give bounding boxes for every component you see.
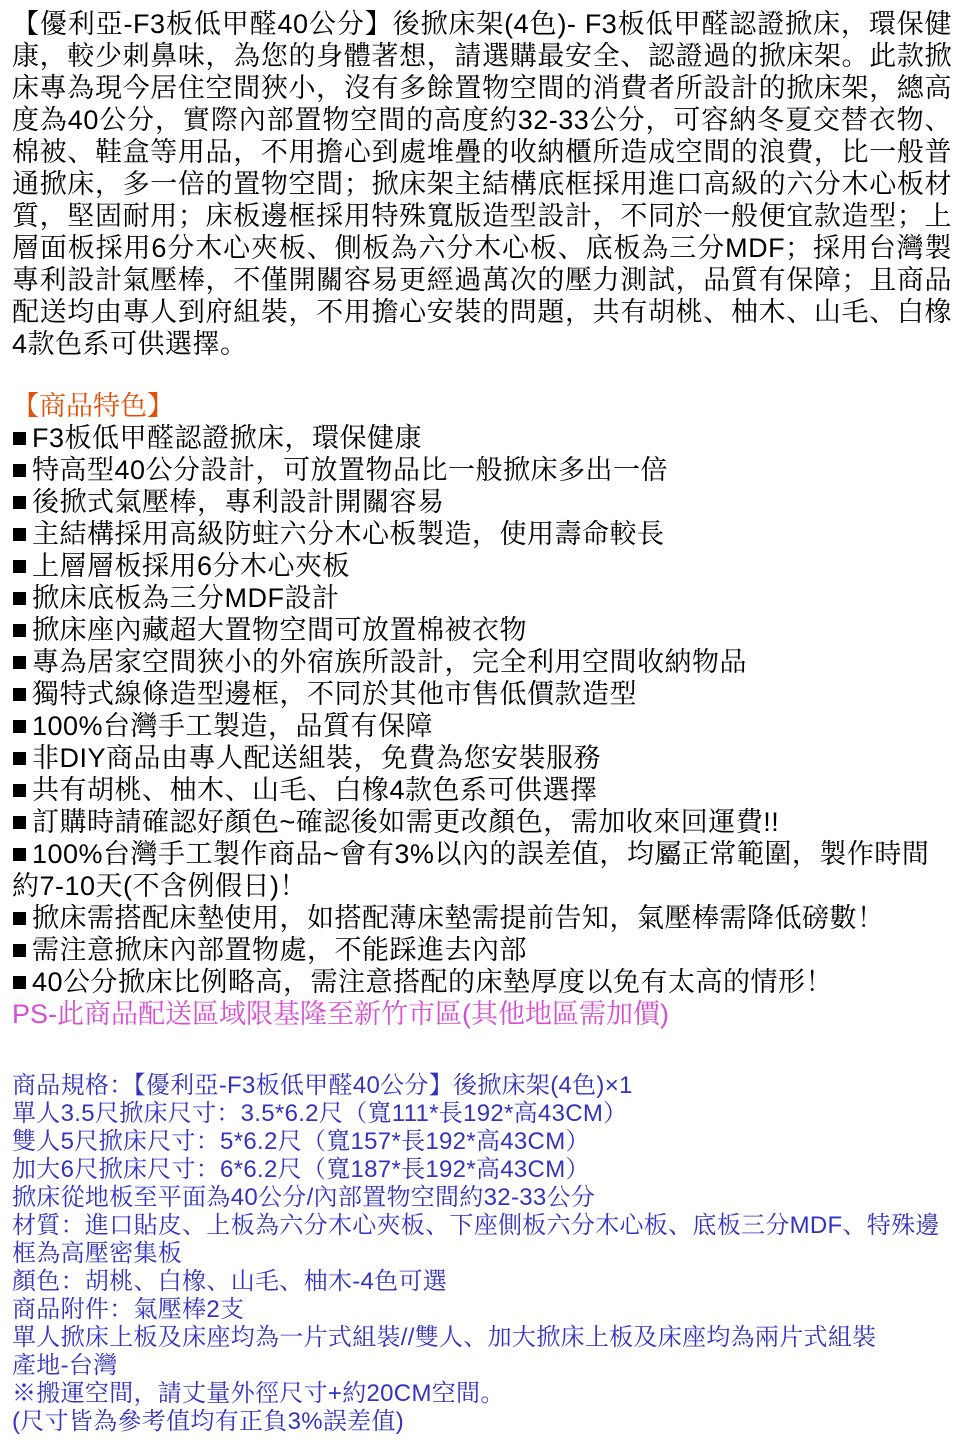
- feature-text: 非DIY商品由專人配送組裝，免費為您安裝服務: [32, 743, 601, 773]
- feature-item: 40公分掀床比例略高，需注意搭配的床墊厚度以免有太高的情形！: [12, 966, 952, 998]
- spec-line-moving-space: ※搬運空間，請丈量外徑尺寸+約20CM空間。: [12, 1380, 952, 1408]
- spec-line-tolerance: (尺寸皆為參考值均有正負3%誤差值): [12, 1408, 952, 1436]
- intro-paragraph: 【優利亞-F3板低甲醛40公分】後掀床架(4色)- F3板低甲醛認證掀床，環保健…: [12, 8, 952, 360]
- spec-line-material: 材質：進口貼皮、上板為六分木心夾板、下座側板六分木心板、底板三分MDF、特殊邊框…: [12, 1212, 952, 1268]
- bullet-square-icon: [13, 784, 26, 797]
- feature-item: 需注意掀床內部置物處，不能踩進去內部: [12, 934, 952, 966]
- feature-item: 訂購時請確認好顏色~確認後如需更改顏色，需加收來回運費!!: [12, 806, 952, 838]
- specs-block: 商品規格：【優利亞-F3板低甲醛40公分】後掀床架(4色)×1 單人3.5尺掀床…: [12, 1072, 952, 1436]
- spec-line-assembly: 單人掀床上板及床座均為一片式組裝//雙人、加大掀床上板及床座均為兩片式組裝: [12, 1324, 952, 1352]
- bullet-square-icon: [13, 816, 26, 829]
- spec-line-height: 掀床從地板至平面為40公分/內部置物空間約32-33公分: [12, 1184, 952, 1212]
- feature-text: 掀床需搭配床墊使用，如搭配薄床墊需提前告知，氣壓棒需降低磅數！: [32, 903, 885, 933]
- bullet-square-icon: [13, 432, 26, 445]
- spec-line-king-size: 加大6尺掀床尺寸：6*6.2尺（寬187*長192*高43CM）: [12, 1156, 952, 1184]
- feature-text: 後掀式氣壓棒，專利設計開關容易: [32, 487, 445, 517]
- feature-item: 特高型40公分設計，可放置物品比一般掀床多出一倍: [12, 454, 952, 486]
- features-list: F3板低甲醛認證掀床，環保健康 特高型40公分設計，可放置物品比一般掀床多出一倍…: [12, 422, 952, 998]
- feature-item: 掀床座內藏超大置物空間可放置棉被衣物: [12, 614, 952, 646]
- feature-text: 專為居家空間狹小的外宿族所設計，完全利用空間收納物品: [32, 647, 747, 677]
- bullet-square-icon: [13, 528, 26, 541]
- feature-text: 100%台灣手工製造，品質有保障: [32, 711, 433, 741]
- spec-line-product-name: 商品規格：【優利亞-F3板低甲醛40公分】後掀床架(4色)×1: [12, 1072, 952, 1100]
- feature-text: 掀床座內藏超大置物空間可放置棉被衣物: [32, 615, 527, 645]
- bullet-square-icon: [13, 848, 26, 861]
- bullet-square-icon: [13, 976, 26, 989]
- bullet-square-icon: [13, 464, 26, 477]
- bullet-square-icon: [13, 496, 26, 509]
- bullet-square-icon: [13, 752, 26, 765]
- feature-item: 後掀式氣壓棒，專利設計開關容易: [12, 486, 952, 518]
- feature-text: 共有胡桃、柚木、山毛、白橡4款色系可供選擇: [32, 775, 598, 805]
- bullet-square-icon: [13, 912, 26, 925]
- feature-item: 掀床底板為三分MDF設計: [12, 582, 952, 614]
- features-section-title: 【商品特色】: [12, 390, 952, 422]
- bullet-square-icon: [13, 560, 26, 573]
- spec-line-colors: 顏色：胡桃、白橡、山毛、柚木-4色可選: [12, 1268, 952, 1296]
- feature-text: 主結構採用高級防蛀六分木心板製造，使用壽命較長: [32, 519, 665, 549]
- feature-item: 100%台灣手工製造，品質有保障: [12, 710, 952, 742]
- feature-text: 需注意掀床內部置物處，不能踩進去內部: [32, 935, 527, 965]
- feature-item: 共有胡桃、柚木、山毛、白橡4款色系可供選擇: [12, 774, 952, 806]
- feature-item: 專為居家空間狹小的外宿族所設計，完全利用空間收納物品: [12, 646, 952, 678]
- spec-line-origin: 產地-台灣: [12, 1352, 952, 1380]
- feature-text: F3板低甲醛認證掀床，環保健康: [32, 423, 422, 453]
- feature-text: 100%台灣手工製作商品~會有3%以內的誤差值，均屬正常範圍，製作時間約7-10…: [12, 839, 929, 901]
- feature-text: 上層層板採用6分木心夾板: [32, 551, 350, 581]
- feature-text: 特高型40公分設計，可放置物品比一般掀床多出一倍: [32, 455, 668, 485]
- bullet-square-icon: [13, 944, 26, 957]
- spec-line-single-size: 單人3.5尺掀床尺寸：3.5*6.2尺（寬111*長192*高43CM）: [12, 1100, 952, 1128]
- bullet-square-icon: [13, 720, 26, 733]
- feature-item: 非DIY商品由專人配送組裝，免費為您安裝服務: [12, 742, 952, 774]
- shipping-note: PS-此商品配送區域限基隆至新竹市區(其他地區需加價): [12, 998, 952, 1030]
- feature-text: 40公分掀床比例略高，需注意搭配的床墊厚度以免有太高的情形！: [32, 967, 833, 997]
- bullet-square-icon: [13, 624, 26, 637]
- bullet-square-icon: [13, 592, 26, 605]
- feature-item: 獨特式線條造型邊框，不同於其他市售低價款造型: [12, 678, 952, 710]
- feature-item: 上層層板採用6分木心夾板: [12, 550, 952, 582]
- spec-line-accessories: 商品附件：氣壓棒2支: [12, 1296, 952, 1324]
- feature-item: 主結構採用高級防蛀六分木心板製造，使用壽命較長: [12, 518, 952, 550]
- feature-text: 掀床底板為三分MDF設計: [32, 583, 339, 613]
- feature-item: 100%台灣手工製作商品~會有3%以內的誤差值，均屬正常範圍，製作時間約7-10…: [12, 838, 952, 902]
- bullet-square-icon: [13, 688, 26, 701]
- spec-line-double-size: 雙人5尺掀床尺寸：5*6.2尺（寬157*長192*高43CM）: [12, 1128, 952, 1156]
- feature-text: 訂購時請確認好顏色~確認後如需更改顏色，需加收來回運費!!: [32, 807, 779, 837]
- product-description-page: 【優利亞-F3板低甲醛40公分】後掀床架(4色)- F3板低甲醛認證掀床，環保健…: [0, 0, 960, 1436]
- feature-text: 獨特式線條造型邊框，不同於其他市售低價款造型: [32, 679, 637, 709]
- bullet-square-icon: [13, 656, 26, 669]
- feature-item: 掀床需搭配床墊使用，如搭配薄床墊需提前告知，氣壓棒需降低磅數！: [12, 902, 952, 934]
- feature-item: F3板低甲醛認證掀床，環保健康: [12, 422, 952, 454]
